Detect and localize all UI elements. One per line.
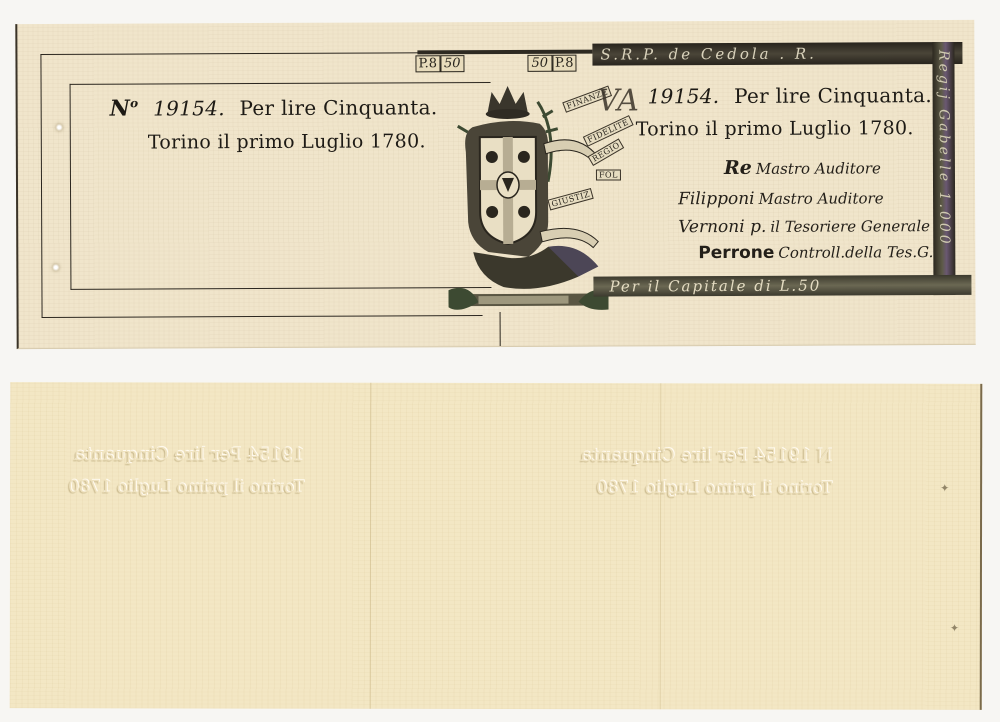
banknote-front: No 19154. Per lire Cinquanta. Torino il … <box>15 20 975 349</box>
main-text: 19154. Per lire Cinquanta. Torino il pri… <box>648 83 933 140</box>
embossed-text-left: 19154 Per lire Cinquanta Torino il primo… <box>68 444 304 497</box>
border-bottom: Per il Capitale di L.50 <box>593 275 971 297</box>
banknote-back: 19154 Per lire Cinquanta Torino il primo… <box>10 382 983 710</box>
fold-line <box>660 383 662 709</box>
pin-hole <box>52 264 59 271</box>
date-line: Torino il primo Luglio 1780. <box>636 117 932 140</box>
serial-line: No 19154. Per lire Cinquanta. <box>110 94 438 121</box>
signature-row: Vernoni p.il Tesoriere Generale <box>678 216 930 237</box>
denomination: Per lire Cinquanta. <box>239 95 437 120</box>
signature-row: FilipponiMastro Auditore <box>678 188 884 209</box>
fold-line <box>370 383 372 709</box>
pin-hole: ✦ <box>940 482 949 495</box>
denomination-bar <box>417 50 592 55</box>
monogram: VA <box>598 83 639 118</box>
serial-line: 19154. Per lire Cinquanta. <box>648 83 933 108</box>
date-line: Torino il primo Luglio 1780. <box>148 130 438 153</box>
signature-row: PerroneControll.della Tes.G. <box>698 242 933 263</box>
embossed-text-right: N 19154 Per lire Cinquanta Torino il pri… <box>580 445 832 498</box>
numero-mark: No <box>110 96 139 122</box>
signature-row: ReMastro Auditore <box>724 156 881 179</box>
cut-line <box>500 312 501 346</box>
border-top: S.R.P. de Cedola . R. <box>592 42 962 66</box>
pin-hole <box>56 124 63 131</box>
serial-number: 19154. <box>648 84 720 108</box>
denomination: Per lire Cinquanta. <box>734 83 932 108</box>
pin-hole: ✦ <box>950 622 959 635</box>
ribbon-label: FOL <box>596 169 621 180</box>
counterfoil-text: No 19154. Per lire Cinquanta. Torino il … <box>110 94 438 153</box>
serial-number: 19154. <box>153 96 225 120</box>
border-right: Regij Gabelle 1.000 <box>932 42 955 295</box>
